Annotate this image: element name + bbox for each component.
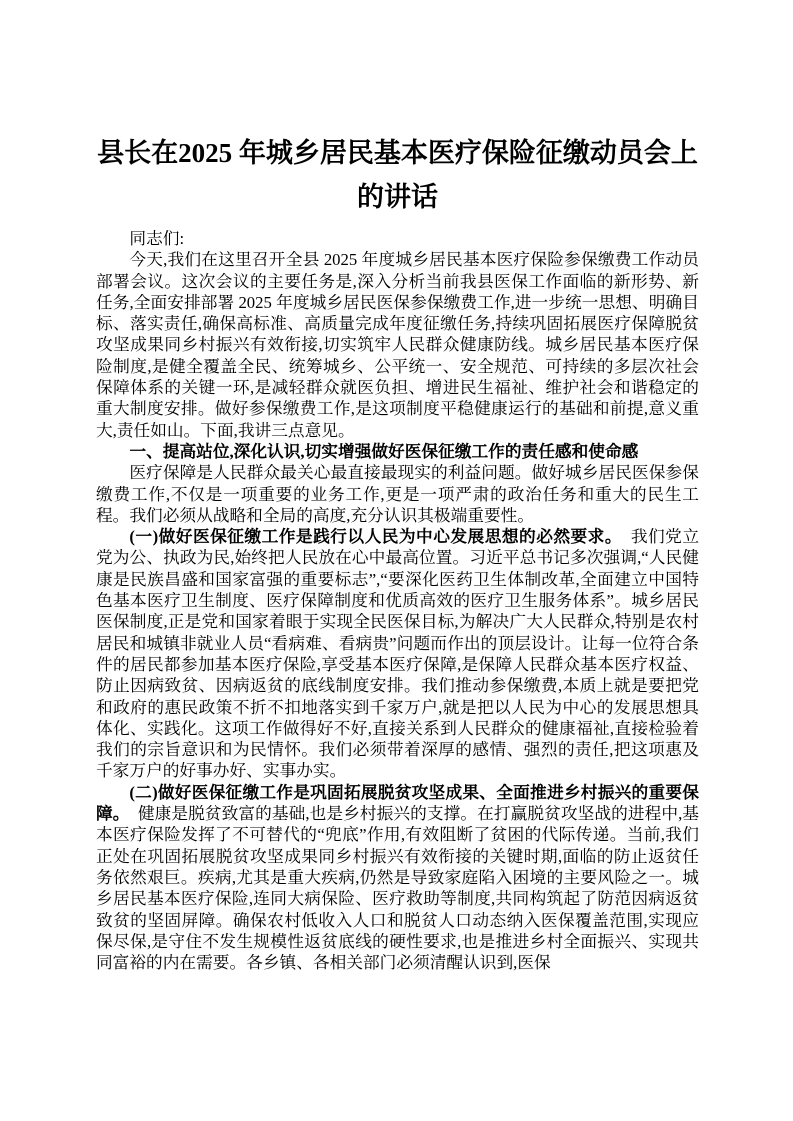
section-one-heading: 一、提高站位,深化认识,切实增强做好医保征缴工作的责任感和使命感	[96, 441, 699, 462]
document-page: 县长在2025 年城乡居民基本医疗保险征缴动员会上的讲话 同志们: 今天,我们在…	[0, 0, 793, 1121]
point-one-body: 我们党立党为公、执政为民,始终把人民放在心中最高位置。习近平总书记多次强调,“人…	[96, 527, 699, 780]
section-one-opening: 医疗保障是人民群众最关心最直接最现实的利益问题。做好城乡居民医保参保缴费工作,不…	[96, 462, 699, 526]
point-one-paragraph: (一)做好医保征缴工作是践行以人民为中心发展思想的必然要求。 我们党立党为公、执…	[96, 526, 699, 782]
point-one-lead: (一)做好医保征缴工作是践行以人民为中心发展思想的必然要求。	[129, 527, 613, 546]
document-title: 县长在2025 年城乡居民基本医疗保险征缴动员会上的讲话	[96, 131, 699, 219]
salutation: 同志们:	[96, 228, 699, 249]
point-two-paragraph: (二)做好医保征缴工作是巩固拓展脱贫攻坚成果、全面推进乡村振兴的重要保障。 健康…	[96, 782, 699, 974]
intro-paragraph: 今天,我们在这里召开全县 2025 年度城乡居民基本医疗保险参保缴费工作动员部署…	[96, 249, 699, 441]
point-two-body: 健康是脱贫致富的基础,也是乡村振兴的支撑。在打赢脱贫攻坚战的进程中,基本医疗保险…	[96, 804, 699, 972]
